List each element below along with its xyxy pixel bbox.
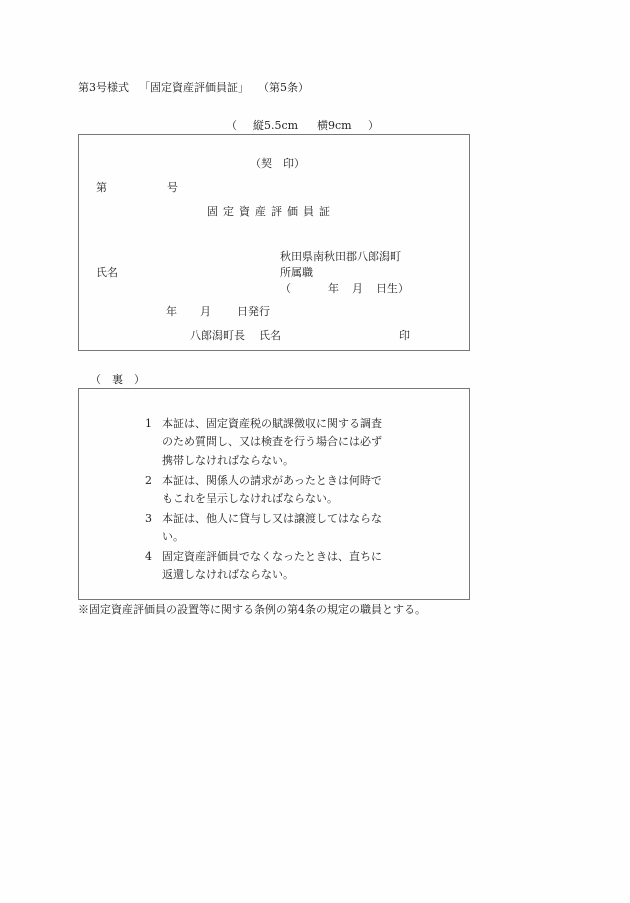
size-note-open: （	[226, 119, 237, 133]
issue-year: 年	[166, 305, 177, 319]
footnote: ※固定資産評価員の設置等に関する条例の第4条の規定の職員とする。	[78, 603, 426, 617]
item-line: 携帯しなければならない。	[162, 454, 294, 468]
form-number: 第3号様式	[78, 81, 129, 95]
issuer-name-label: 氏名	[259, 329, 281, 343]
article-reference: （第5条）	[258, 81, 309, 95]
item-line: 本証は、他人に貸与し又は譲渡してはならな	[162, 512, 382, 526]
item-number: 3	[145, 512, 152, 526]
affiliation-label: 所属職	[280, 266, 313, 280]
item-number: 1	[145, 417, 152, 431]
name-label: 氏名	[96, 266, 118, 280]
item-number: 2	[145, 474, 152, 488]
birth-open: （	[280, 282, 291, 296]
number-suffix: 号	[167, 181, 178, 195]
issuer-seal: 印	[399, 329, 410, 343]
number-prefix: 第	[96, 181, 107, 195]
birth-month: 月	[352, 282, 363, 296]
size-note-close: ）	[368, 119, 379, 133]
issue-day: 日発行	[237, 305, 270, 319]
back-label: （ 裏 ）	[90, 373, 145, 387]
item-line: 本証は、関係人の請求があったときは何時で	[162, 474, 382, 488]
item-line: 本証は、固定資産税の賦課徴収に関する調査	[162, 417, 382, 431]
seal-note: （契 印）	[250, 157, 305, 171]
item-line: 返還しなければならない。	[162, 568, 294, 582]
birth-day: 日生）	[376, 282, 409, 296]
size-note-height: 縦5.5cm	[253, 119, 298, 133]
item-number: 4	[145, 550, 152, 564]
size-note-width: 横9cm	[317, 119, 352, 133]
card-title: 固定資産評価員証	[207, 205, 335, 219]
item-line: い。	[162, 530, 184, 544]
birth-year: 年	[328, 282, 339, 296]
issue-month: 月	[200, 305, 211, 319]
item-line: 固定資産評価員でなくなったときは、直ちに	[162, 550, 382, 564]
address: 秋田県南秋田郡八郎潟町	[280, 250, 401, 264]
item-line: のため質問し、又は検査を行う場合には必ず	[162, 435, 382, 449]
item-line: もこれを呈示しなければならない。	[162, 492, 338, 506]
issuer-title: 八郎潟町長	[190, 329, 245, 343]
form-title: 「固定資産評価員証」	[139, 81, 249, 95]
